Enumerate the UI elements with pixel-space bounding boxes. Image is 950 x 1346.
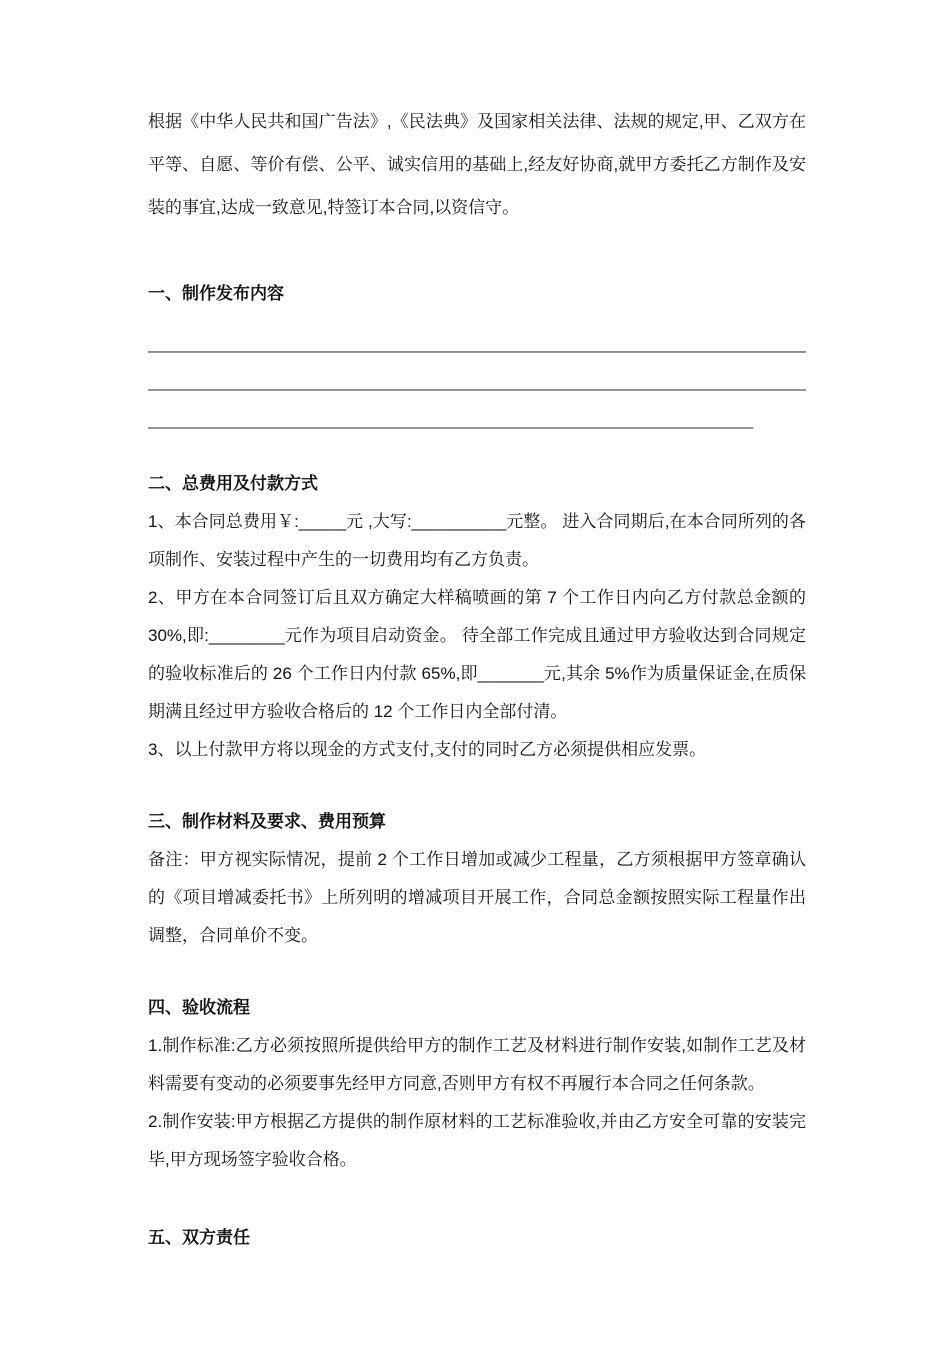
- fill-in-blank-line-1: ________________________________________…: [148, 325, 806, 363]
- section-5-heading: 五、双方责任: [148, 1219, 806, 1257]
- document-content: 根据《中华人民共和国广告法》,《民法典》及国家相关法律、法规的规定,甲、乙双方在…: [148, 100, 806, 1257]
- section-4-clause-1: 1.制作标准:乙方必须按照所提供给甲方的制作工艺及材料进行制作安装,如制作工艺及…: [148, 1027, 806, 1103]
- intro-paragraph: 根据《中华人民共和国广告法》,《民法典》及国家相关法律、法规的规定,甲、乙双方在…: [148, 100, 806, 229]
- section-4-clause-2: 2.制作安装:甲方根据乙方提供的制作原材料的工艺标准验收,并由乙方安全可靠的安装…: [148, 1103, 806, 1179]
- section-1-blank-lines: ________________________________________…: [148, 325, 806, 439]
- fill-in-blank-line-2: ________________________________________…: [148, 363, 806, 401]
- section-2-clause-2: 2、甲方在本合同签订后且双方确定大样稿喷画的第 7 个工作日内向乙方付款总金额的…: [148, 579, 806, 731]
- section-2-heading: 二、总费用及付款方式: [148, 465, 806, 503]
- fill-in-blank-line-3: ________________________________________…: [148, 401, 806, 439]
- section-3-heading: 三、制作材料及要求、费用预算: [148, 803, 806, 841]
- section-3-note: 备注：甲方视实际情况，提前 2 个工作日增加或减少工程量，乙方须根据甲方签章确认…: [148, 841, 806, 955]
- contract-document-page: 根据《中华人民共和国广告法》,《民法典》及国家相关法律、法规的规定,甲、乙双方在…: [0, 0, 950, 1346]
- section-2-clause-1: 1、本合同总费用￥:_____元 ,大写:__________元整。 进入合同期…: [148, 503, 806, 579]
- section-1-heading: 一、制作发布内容: [148, 275, 806, 313]
- section-2-clause-3: 3、以上付款甲方将以现金的方式支付,支付的同时乙方必须提供相应发票。: [148, 731, 806, 769]
- section-4-heading: 四、验收流程: [148, 989, 806, 1027]
